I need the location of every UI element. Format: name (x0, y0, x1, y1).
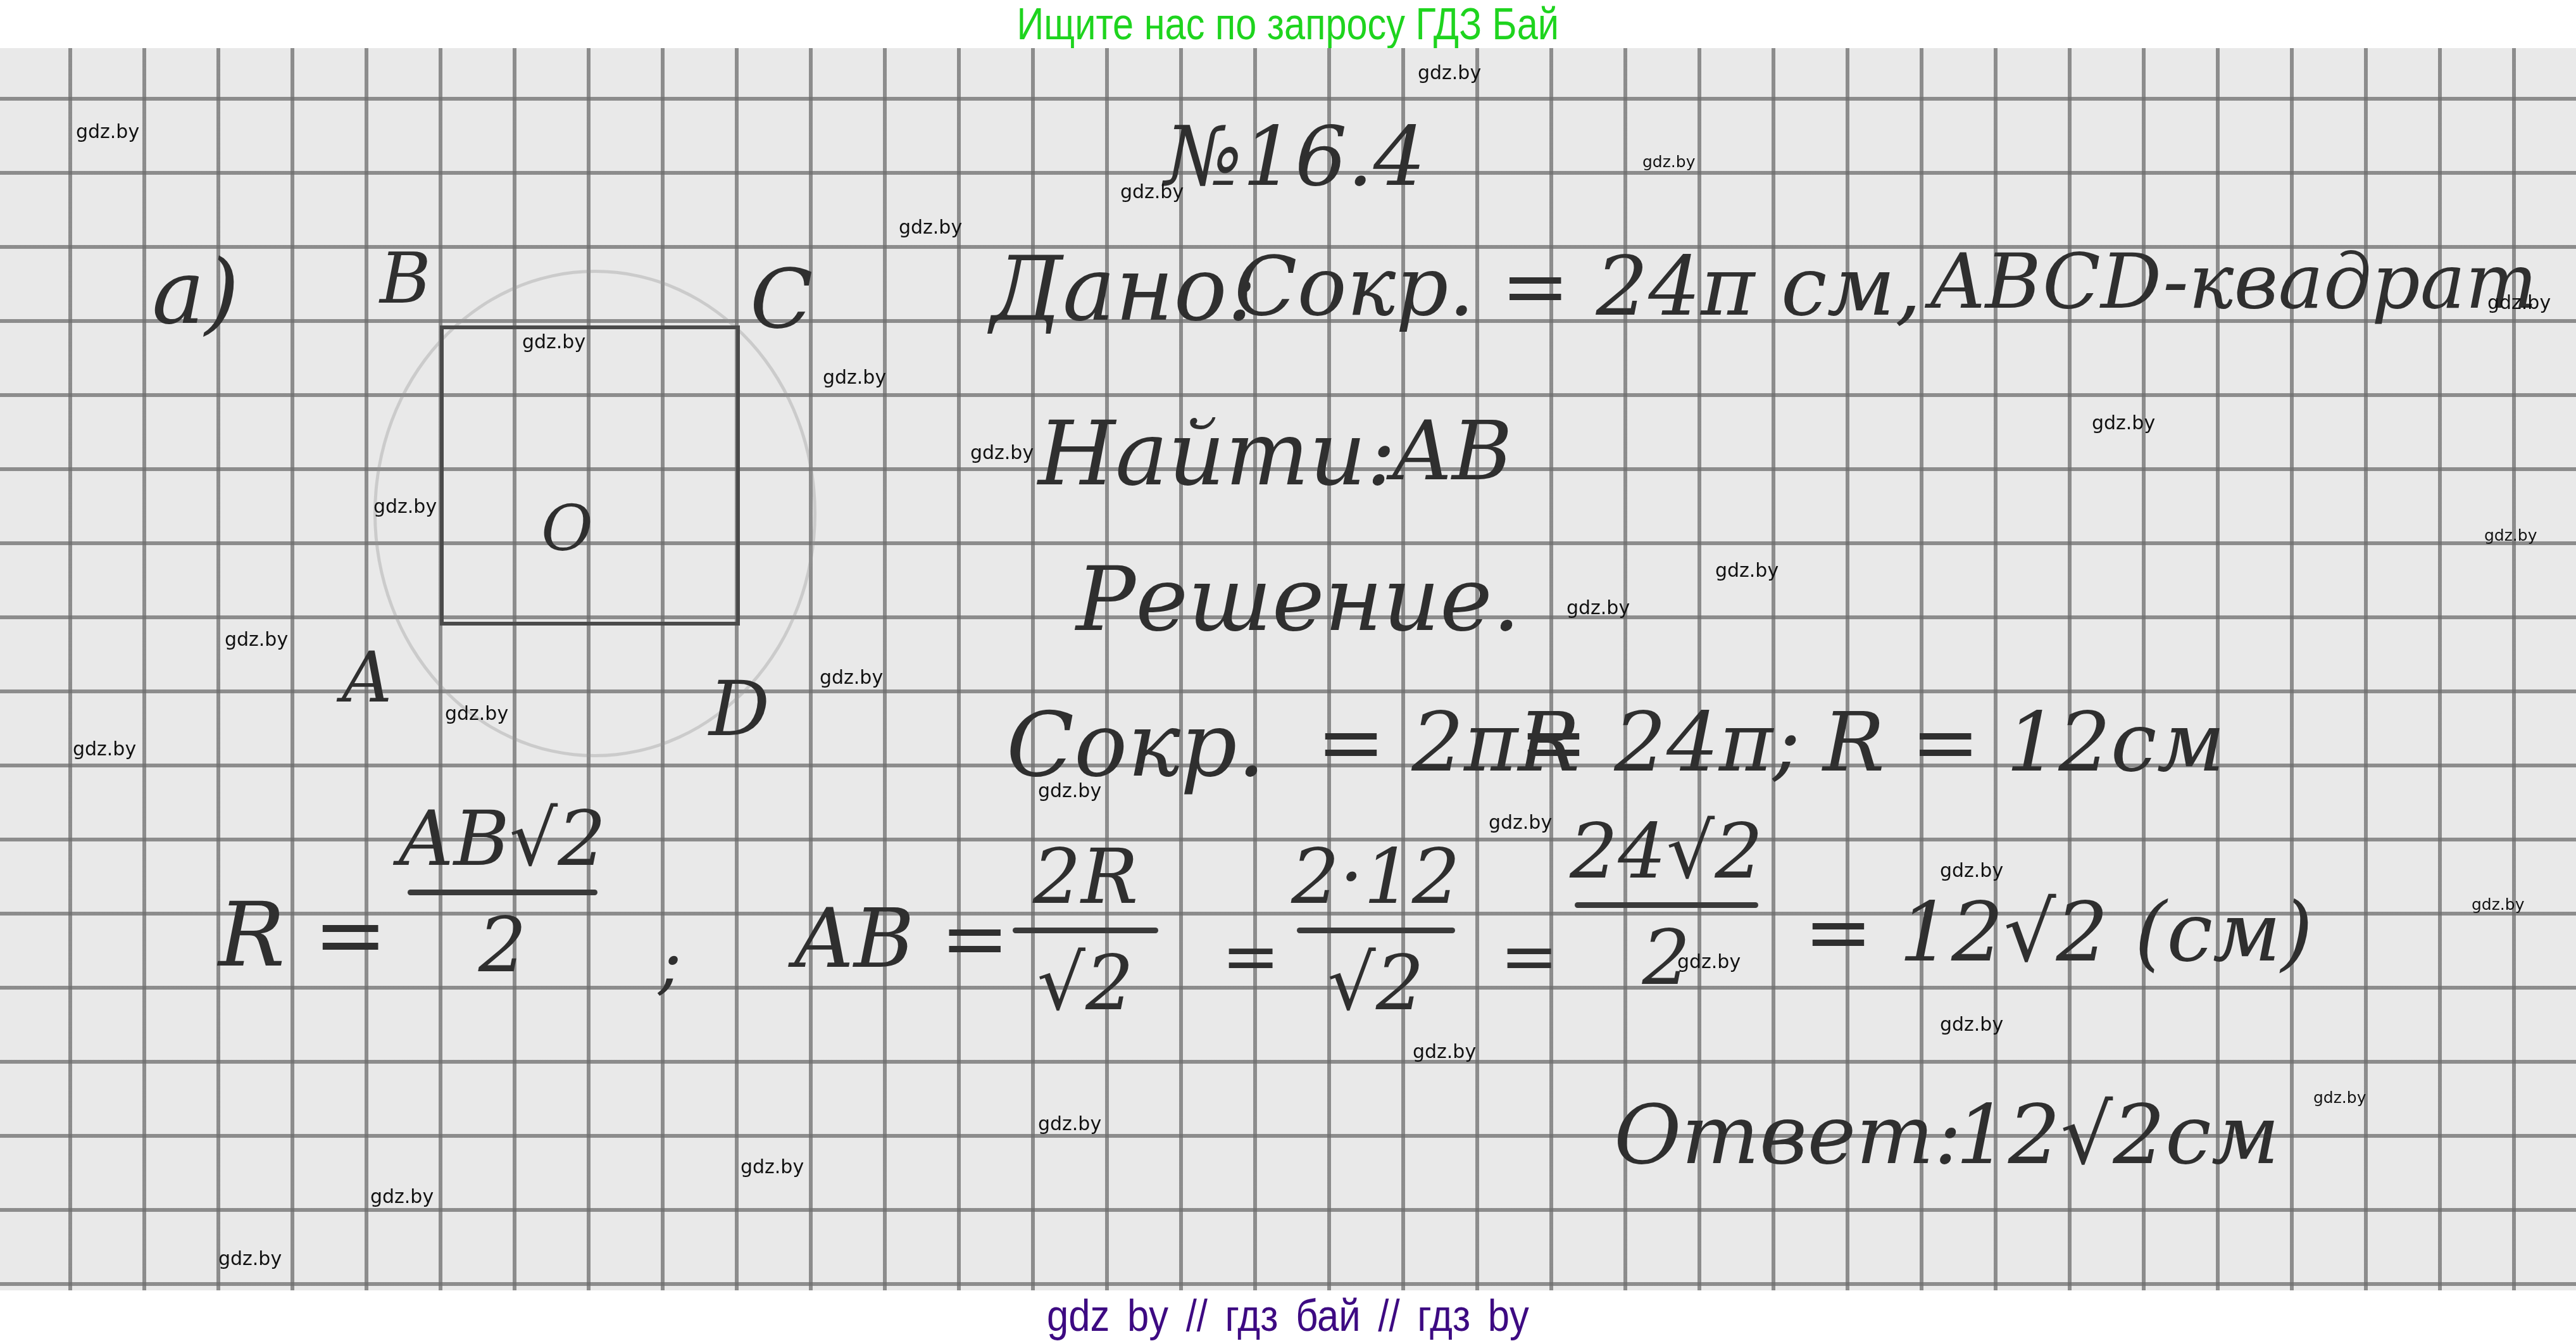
watermark: gdz.by (741, 1156, 804, 1178)
watermark: gdz.by (2487, 292, 2551, 314)
part-label: а) (152, 241, 239, 344)
radius-eq: R = (218, 884, 387, 987)
watermark: gdz.by (1418, 62, 1481, 84)
fraction-denominator: 2 (478, 902, 527, 990)
vertex-c: C (750, 251, 813, 347)
watermark: gdz.by (899, 217, 962, 239)
equals-sign: = (1222, 916, 1280, 997)
watermark: gdz.by (970, 442, 1034, 464)
given-expression: Cокр. = 24π см, (1234, 238, 1922, 334)
circumference-eq2: = 24π; (1519, 694, 1801, 790)
watermark: gdz.by (1677, 951, 1741, 973)
fraction-2x12-over-root2: 2·12 √2 (1291, 833, 1460, 1028)
banner-text: gdz by // гдз бай // гдз by (1047, 1290, 1529, 1341)
fraction-denominator: √2 (1037, 940, 1134, 1028)
find-value: AB (1392, 403, 1512, 499)
separator: ; (658, 922, 682, 1003)
bottom-site-banner: gdz by // гдз бай // гдз by (0, 1290, 2576, 1341)
watermark: gdz.by (1940, 1014, 2003, 1036)
watermark: gdz.by (1038, 780, 1101, 802)
vertex-b: B (380, 238, 431, 319)
answer-label: Ответ: (1614, 1086, 1962, 1183)
radius-result: R = 12см (1823, 694, 2225, 790)
find-label: Найти: (1038, 403, 1396, 506)
ab-eq: AB = (794, 890, 1010, 986)
fraction-denominator: √2 (1327, 940, 1424, 1028)
fraction-numerator: AB√2 (399, 795, 606, 883)
watermark: gdz.by (2472, 895, 2524, 914)
watermark: gdz.by (823, 367, 886, 389)
top-search-banner: Ищите нас по запросу ГДЗ Бай (0, 0, 2576, 48)
watermark: gdz.by (1566, 597, 1630, 619)
watermark: gdz.by (2484, 526, 2537, 545)
watermark: gdz.by (1642, 153, 1695, 171)
vertex-d: D (709, 665, 770, 753)
watermark: gdz.by (2313, 1088, 2366, 1107)
given-label: Дано: (991, 238, 1257, 341)
watermark: gdz.by (1120, 181, 1184, 203)
watermark: gdz.by (1715, 560, 1779, 582)
watermark: gdz.by (522, 331, 585, 353)
graph-paper-page: №16.4 а) B C A D O Дано: Cокр. = 24π см,… (0, 48, 2576, 1290)
watermark: gdz.by (73, 738, 136, 760)
watermark: gdz.by (1940, 860, 2003, 882)
solution-label: Решение. (1076, 548, 1520, 652)
watermark: gdz.by (1413, 1041, 1476, 1063)
watermark: gdz.by (370, 1186, 434, 1208)
problem-number: №16.4 (1165, 108, 1425, 205)
fraction-2r-over-root2: 2R √2 (1013, 833, 1158, 1028)
square-abcd (440, 325, 740, 626)
given-shape: ABCD-квадрат (1930, 238, 2537, 326)
watermark: gdz.by (445, 703, 508, 725)
vertex-a: A (342, 637, 392, 718)
watermark: gdz.by (1489, 812, 1552, 834)
fraction-numerator: 2R (1033, 833, 1139, 921)
equals-sign: = (1500, 916, 1558, 997)
watermark: gdz.by (1038, 1113, 1101, 1135)
watermark: gdz.by (2092, 412, 2155, 434)
banner-text: Ищите нас по запросу ГДЗ Бай (1017, 0, 1559, 48)
watermark: gdz.by (225, 629, 288, 651)
ab-result: = 12√2 (см) (1804, 884, 2313, 980)
fraction-numerator: 24√2 (1570, 808, 1763, 896)
fraction-numerator: 2·12 (1291, 833, 1460, 921)
answer-value: 12√2см (1956, 1086, 2280, 1183)
watermark: gdz.by (820, 667, 883, 689)
fraction-ab-root2-over-2: AB√2 2 (399, 795, 606, 990)
watermark: gdz.by (76, 121, 139, 143)
watermark: gdz.by (373, 496, 437, 518)
watermark: gdz.by (218, 1248, 282, 1270)
center-o: O (541, 491, 593, 565)
